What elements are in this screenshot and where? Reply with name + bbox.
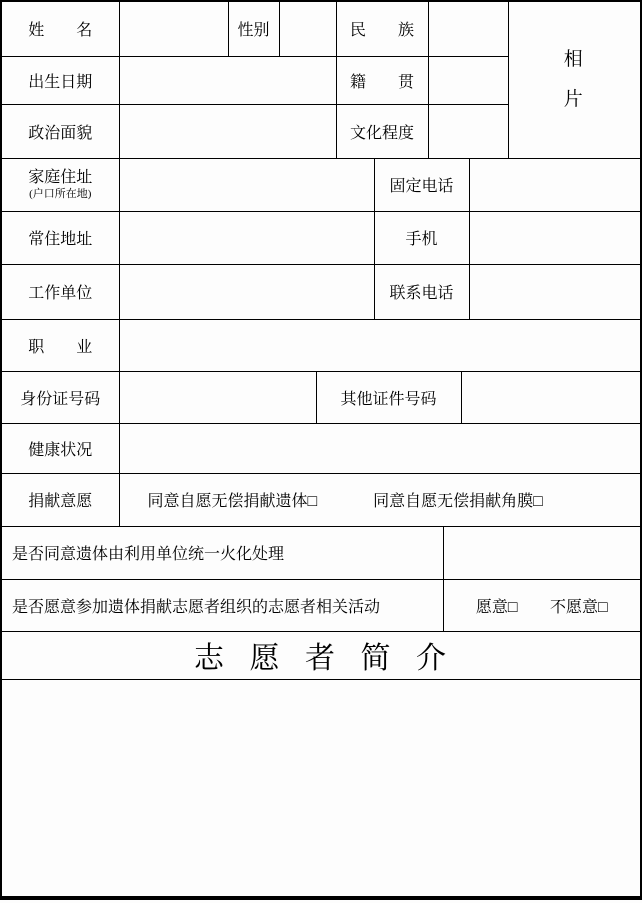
cremation-answer-cell[interactable] (443, 526, 641, 579)
political-status-label: 政治面貌 (1, 104, 119, 158)
contact-phone-value-cell[interactable] (469, 264, 641, 319)
id-number-label: 身份证号码 (1, 371, 119, 423)
donation-body-checkbox-option[interactable]: 同意自愿无偿捐献遗体□ (148, 488, 318, 511)
id-number-value-cell[interactable] (119, 371, 316, 423)
row-workunit-contactphone: 工作单位 联系电话 (1, 264, 641, 319)
donation-cornea-checkbox-option[interactable]: 同意自愿无偿捐献角膜□ (373, 488, 543, 511)
birth-date-label: 出生日期 (1, 56, 119, 104)
mobile-value-cell[interactable] (469, 211, 641, 264)
permanent-address-label: 常住地址 (1, 211, 119, 264)
health-label: 健康状况 (1, 423, 119, 473)
political-status-value-cell[interactable] (119, 104, 336, 158)
row-occupation: 职 业 (1, 319, 641, 371)
gender-label: 性别 (228, 1, 279, 56)
permanent-address-value-cell[interactable] (119, 211, 374, 264)
occupation-value-cell[interactable] (119, 319, 641, 371)
work-unit-value-cell[interactable] (119, 264, 374, 319)
other-id-label: 其他证件号码 (316, 371, 461, 423)
education-value-cell[interactable] (428, 104, 508, 158)
name-label: 姓 名 (1, 1, 119, 56)
row-profile-body (1, 679, 641, 898)
ethnicity-label: 民 族 (336, 1, 428, 56)
volunteer-form-table: 姓 名 性别 民 族 相 片 出生日期 籍 贯 政治面貌 文化程度 家庭住址 (… (0, 0, 642, 900)
cremation-question-label: 是否同意遗体由利用单位统一火化处理 (1, 526, 443, 579)
row-home-address-landline: 家庭住址 (户口所在地) 固定电话 (1, 158, 641, 211)
volunteer-registration-form-page: 姓 名 性别 民 族 相 片 出生日期 籍 贯 政治面貌 文化程度 家庭住址 (… (0, 0, 642, 903)
other-id-value-cell[interactable] (461, 371, 641, 423)
row-name-gender-ethnicity: 姓 名 性别 民 族 相 片 (1, 1, 641, 56)
home-address-label-main: 家庭住址 (2, 168, 119, 187)
home-address-label-sub: (户口所在地) (2, 188, 119, 201)
activity-options-cell: 愿意□ 不愿意□ (443, 579, 641, 631)
photo-box: 相 片 (508, 1, 641, 158)
profile-text-area[interactable] (1, 679, 641, 898)
row-cremation-question: 是否同意遗体由利用单位统一火化处理 (1, 526, 641, 579)
health-value-cell[interactable] (119, 423, 641, 473)
landline-value-cell[interactable] (469, 158, 641, 211)
profile-section-title: 志 愿 者 简 介 (1, 631, 641, 679)
home-address-label: 家庭住址 (户口所在地) (1, 158, 119, 211)
row-activity-question: 是否愿意参加遗体捐献志愿者组织的志愿者相关活动 愿意□ 不愿意□ (1, 579, 641, 631)
landline-label: 固定电话 (374, 158, 469, 211)
activity-question-label: 是否愿意参加遗体捐献志愿者组织的志愿者相关活动 (1, 579, 443, 631)
donation-options-cell: 同意自愿无偿捐献遗体□ 同意自愿无偿捐献角膜□ (119, 473, 641, 526)
birth-date-value-cell[interactable] (119, 56, 336, 104)
row-id-numbers: 身份证号码 其他证件号码 (1, 371, 641, 423)
donation-wish-label: 捐献意愿 (1, 473, 119, 526)
native-place-label: 籍 贯 (336, 56, 428, 104)
name-value-cell[interactable] (119, 1, 228, 56)
row-donation-wish: 捐献意愿 同意自愿无偿捐献遗体□ 同意自愿无偿捐献角膜□ (1, 473, 641, 526)
native-place-value-cell[interactable] (428, 56, 508, 104)
row-profile-title: 志 愿 者 简 介 (1, 631, 641, 679)
occupation-label: 职 业 (1, 319, 119, 371)
mobile-label: 手机 (374, 211, 469, 264)
education-label: 文化程度 (336, 104, 428, 158)
work-unit-label: 工作单位 (1, 264, 119, 319)
home-address-value-cell[interactable] (119, 158, 374, 211)
row-health: 健康状况 (1, 423, 641, 473)
row-permanent-address-mobile: 常住地址 手机 (1, 211, 641, 264)
ethnicity-value-cell[interactable] (428, 1, 508, 56)
gender-value-cell[interactable] (279, 1, 336, 56)
contact-phone-label: 联系电话 (374, 264, 469, 319)
unwilling-checkbox-option[interactable]: 不愿意□ (550, 594, 608, 617)
willing-checkbox-option[interactable]: 愿意□ (476, 594, 518, 617)
